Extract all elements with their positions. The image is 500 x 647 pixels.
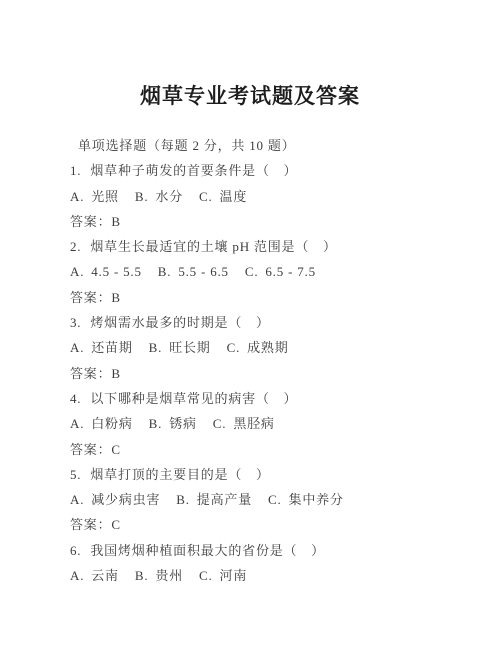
options-line: A.光照B.水分C.温度 [70,184,500,209]
option-text: 减少病虫害 [91,492,160,507]
option-label: A. [70,492,84,507]
answer-line: 答案：B [70,209,500,234]
question-stem: 以下哪种是烟草常见的病害（ ） [90,391,297,406]
option-text: 4.5 - 5.5 [91,264,142,279]
question-text: 5.烟草打顶的主要目的是（ ） [70,462,500,487]
option: C.河南 [199,568,247,583]
answer-line: 答案：C [70,512,500,537]
option: C.黑胫病 [213,416,275,431]
option-label: C. [199,189,213,204]
options-line: A.减少病虫害B.提高产量C.集中养分 [70,487,500,512]
option-label: A. [70,340,84,355]
option: A.云南 [70,568,119,583]
option-text: 白粉病 [91,416,132,431]
options-line: A.4.5 - 5.5B.5.5 - 6.5C.6.5 - 7.5 [70,259,500,284]
option: C.温度 [199,189,247,204]
option-text: 成熟期 [247,340,288,355]
answer-line: 答案：B [70,285,500,310]
options-line: A.还苗期B.旺长期C.成熟期 [70,335,500,360]
document-body: 单项选择题（每题 2 分，共 10 题） 1.烟草种子萌发的首要条件是（ ）A.… [70,133,500,588]
option-label: C. [213,416,227,431]
document-title: 烟草专业考试题及答案 [0,0,500,109]
section-header: 单项选择题（每题 2 分，共 10 题） [70,133,500,158]
option: B.水分 [135,189,183,204]
question-stem: 烟草种子萌发的首要条件是（ ） [90,163,297,178]
option: A.光照 [70,189,119,204]
option: B.5.5 - 6.5 [158,264,229,279]
question-number: 2. [70,239,81,254]
option-text: 6.5 - 7.5 [265,264,316,279]
option-text: 5.5 - 6.5 [178,264,229,279]
question-stem: 烟草打顶的主要目的是（ ） [90,467,269,482]
question-text: 3.烤烟需水最多的时期是（ ） [70,310,500,335]
question-number: 1. [70,163,81,178]
option-text: 云南 [91,568,119,583]
option-text: 集中养分 [289,492,344,507]
option-label: C. [245,264,259,279]
option-label: B. [135,568,149,583]
option-label: A. [70,189,84,204]
option-label: B. [135,189,149,204]
option-text: 河南 [220,568,248,583]
option: A.还苗期 [70,340,133,355]
question-number: 4. [70,391,81,406]
document-page: 烟草专业考试题及答案 单项选择题（每题 2 分，共 10 题） 1.烟草种子萌发… [0,0,500,647]
question-text: 1.烟草种子萌发的首要条件是（ ） [70,158,500,183]
option: B.提高产量 [176,492,252,507]
option-text: 温度 [220,189,248,204]
option-text: 光照 [91,189,119,204]
option: B.旺长期 [149,340,211,355]
option: B.贵州 [135,568,183,583]
option: C.集中养分 [268,492,344,507]
option-label: B. [149,340,163,355]
question-stem: 烤烟需水最多的时期是（ ） [90,315,269,330]
option-label: C. [268,492,282,507]
option: A.白粉病 [70,416,133,431]
option-label: A. [70,568,84,583]
option-label: A. [70,416,84,431]
option-label: B. [158,264,172,279]
option-text: 锈病 [169,416,197,431]
option: C.成熟期 [227,340,289,355]
question-stem: 烟草生长最适宜的土壤 pH 范围是（ ） [90,239,336,254]
options-line: A.云南B.贵州C.河南 [70,563,500,588]
option-text: 旺长期 [169,340,210,355]
option-label: A. [70,264,84,279]
option: A.4.5 - 5.5 [70,264,142,279]
question-stem: 我国烤烟种植面积最大的省份是（ ） [90,543,325,558]
options-line: A.白粉病B.锈病C.黑胫病 [70,411,500,436]
questions-list: 1.烟草种子萌发的首要条件是（ ）A.光照B.水分C.温度答案：B2.烟草生长最… [70,158,500,588]
question-number: 3. [70,315,81,330]
question-text: 6.我国烤烟种植面积最大的省份是（ ） [70,538,500,563]
option-label: B. [176,492,190,507]
option-text: 水分 [155,189,183,204]
option: C.6.5 - 7.5 [245,264,316,279]
question-number: 6. [70,543,81,558]
option: B.锈病 [149,416,197,431]
option-label: C. [227,340,241,355]
option: A.减少病虫害 [70,492,160,507]
option-text: 黑胫病 [233,416,274,431]
question-text: 2.烟草生长最适宜的土壤 pH 范围是（ ） [70,234,500,259]
answer-line: 答案：C [70,437,500,462]
answer-line: 答案：B [70,361,500,386]
question-number: 5. [70,467,81,482]
question-text: 4.以下哪种是烟草常见的病害（ ） [70,386,500,411]
option-text: 还苗期 [91,340,132,355]
option-text: 提高产量 [197,492,252,507]
option-label: C. [199,568,213,583]
option-text: 贵州 [155,568,183,583]
option-label: B. [149,416,163,431]
